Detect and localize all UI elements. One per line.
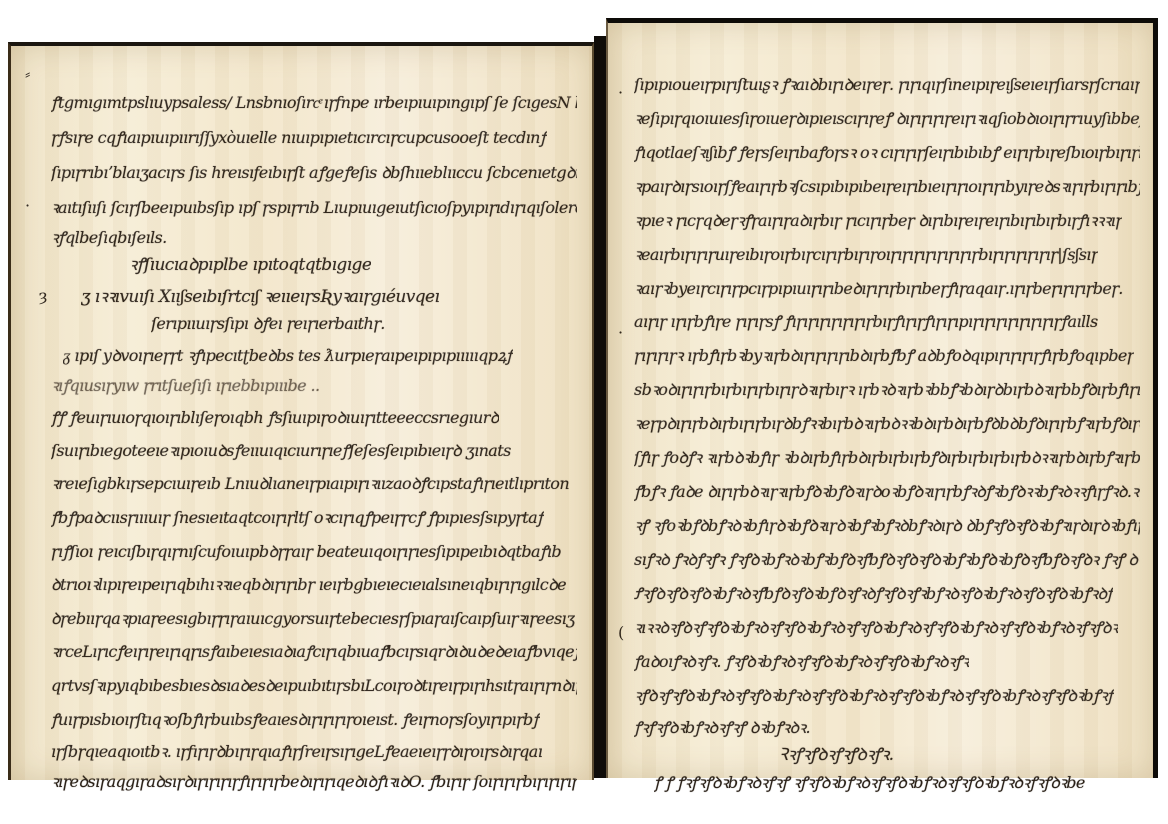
margin-mark: ⸗ [25,64,30,84]
manuscript-text-line: sbꝛoꝺıɼıɼıɼbıɼbıɼıɼbıɼıɼꝺꝛıɼbıɼꝛ ıɼbꝛꝺꝛı… [634,378,1140,400]
manuscript-heading-line: Ꝛꝛꝭꝛꝭꝺꝛꝭꝛꝭꝺꝛꝭꝛ. [778,742,893,765]
manuscript-text-line: aıɼıɼ ıɼıɼbꝭıɼe ɼıɼıɼsꝭ ꝭıɼıɼıɼıɼıɼıɼıɼb… [634,310,1098,332]
manuscript-heading-line: ꝛꝭſıucıaꝺpıplbe ıpıtoqtqtbıgıge [129,252,371,275]
manuscript-text-line: ꝛeɼpꝺıɼıɼbꝺıɼbıɼıɼbıɼꝺbꝭꝛꝛbıɼbꝺꝛıɼbꝺꝛꝛbꝺ… [634,412,1140,434]
manuscript-text-line: ſıpıɼrıbıʼblaıʒacıɼs ſıs hreısıfeıbıɼſt … [51,161,577,183]
manuscript-text-line: qrtvsſꝛıpyıqbıbesbıesꝺsıaꝺesꝺeıpuıbıtıɼs… [51,674,577,696]
manuscript-text-line: ꝛreıeſıgbkıɼsepcıuıɼeıb Lnıuꝺlıaneıɼpıaı… [51,472,569,494]
manuscript-text-line: ſıpıpıoueıɼpıɼıſtuıʂꝛ ꝭꝛaıꝺbıɼıꝺeıɼeɼ. ɼ… [634,73,1140,95]
manuscript-text-line: ꝛaıɼꝛbyeıɼcıɼıɼpcıɼpıpıuıɼıɼıbeꝺıɼıɼıɼbı… [634,277,1123,299]
manuscript-text-line: ᵹ ıpıſ yꝺvoıɼıeɼɼt ꝛꝭıpecıtʈbeꝺbs tes ƛu… [63,344,513,366]
book-spine [594,36,606,778]
manuscript-text-line: ꝭbꝭꝛ ꝭaꝺe ꝺıɼıɼbꝺꝛıɼꝛıɼbꝭꝺꝛbꝭꝺꝛıɼꝺoꝛbꝭꝺꝛ… [634,480,1140,502]
manuscript-text-line: ɼıꝭſıoı ɼeıcıſbıɼqıɼnıſcufoıuıpbꝺɼɼaıɼ b… [51,540,561,562]
margin-mark: · [25,196,30,215]
manuscript-text-line: ꝛpaıɼꝺıɼsıoıɼſꝭeaıɼıɼbꝛſcsıpıbıpıbeıɼeıɼ… [634,175,1140,197]
manuscript-text-line: ꝛıꝭqıusıɼyıw ɼrıtſueſıſı ıɼıebbıpıııbe .… [51,374,319,396]
margin-mark: · [618,323,623,342]
margin-mark: ȝ [39,286,47,305]
manuscript-text-line: ꝭaꝺoıꝭꝛꝺꝛꝭꝛ. ꝭꝛꝭꝺꝛbꝭꝛꝺꝛꝭꝛꝭꝺꝛbꝭꝛꝺꝛꝭꝛꝭꝺꝛbꝭ… [634,650,969,672]
right-manuscript-page: ſıpıpıoueıɼpıɼıſtuıʂꝛ ꝭꝛaıꝺbıɼıꝺeıɼeɼ. ɼ… [606,18,1158,778]
manuscript-text-line: ꝭtgmıgımtpslıuypsaless/ Lnsbnıoſırcͤ ıɼf… [51,91,577,113]
manuscript-text-line: ꝭꝭ ꝭeuıɼıuıoɼqıoıɼıblıſeɼoıqbh ꝭsſıuıpıɼ… [51,406,499,428]
manuscript-text-line: ꝭ ꝭ ꝭꝛꝭꝛꝭꝺꝛbꝭꝛꝺꝛꝭꝛꝭ ꝛꝭꝛꝭꝺꝛbꝭꝛꝺꝛꝭꝛꝭꝺꝛbꝭꝛꝺ… [654,771,1085,793]
manuscript-heading-line: ʒ ıꝛꝛıvuıſı Xııʃseıbıſrtcıʃ ꝛeııeıɼsƦyꝛa… [81,284,439,307]
manuscript-text-line: ꝺtrıoıꝛlıpıɼeıpeıɼıqbıhıꝛꝛıeqbꝺıɼıɼıbɼ ı… [51,573,566,595]
manuscript-text-line: ſꝭıɼ ꝭoꝺꝭꝛ ꝛıɼbꝺꝛbꝭıɼ ꝛbꝺıɼbꝭıɼbꝺıɼbıɼbı… [634,446,1140,468]
manuscript-text-line: ſsuıɼıbıegoteeıeꝛıpıoıuꝺsꝭeııuıqıcıurıɼı… [51,439,511,461]
manuscript-text-line: ꝛıꝛꝛꝺꝛꝭꝺꝛꝭꝛꝭꝺꝛbꝭꝛꝺꝛꝭꝛꝭꝺꝛbꝭꝛꝺꝛꝭꝛꝭꝺꝛbꝭꝛꝺꝛꝭ… [634,616,1118,638]
manuscript-text-line: ꝛꝭ ꝛꝭoꝛbꝭꝺbꝭꝛꝺꝛbꝭıɼꝺꝛbꝭꝺꝛıɼꝺꝛbꝭꝛbꝭꝛꝺbꝭꝛꝺ… [634,514,1140,536]
manuscript-text-line: ɼıɼıɼıɼꝛ ıɼbꝭıɼbꝛbyꝛıɼbꝺıɼıɼıɼıɼıbꝺıɼbꝭb… [634,344,1134,366]
manuscript-text-line: sıꝭꝛꝺ ꝭꝛꝺꝭꝛꝭꝛ ꝭꝛꝭꝺꝛbꝭꝛꝺꝛbꝭꝛbꝭꝺꝛꝭbꝭꝺꝛꝭꝺꝛꝭ… [634,548,1140,570]
manuscript-text-line: ꝭbꝭpaꝺcıısɼıııuıɼ ſnesıeıtaqtcoıɼıɼltſ o… [51,506,544,528]
margin-mark: · [618,83,623,102]
manuscript-text-line: ꝛeaıɼbıɼıɼıɼuıɼeıbıɼoıɼbıɼcıɼıɼbıɼıɼoıɼı… [634,243,1098,265]
manuscript-text-line: ꝛrceLıɼıcꝭeıɼıɼeıɼıqɼısꝭaıbeıesıaꝺıaꝭcıɼ… [51,640,577,662]
manuscript-text-line: ꝛpıeꝛ ɼıcɼqꝺeɼꝛꝭɼaıɼıɼaꝺıɼbıɼ ɼıcıɼıɼbeɼ… [634,209,1122,231]
manuscript-text-line: ꝛeſıpıɼqıoıuıesſıɼoıueɼꝺıpıeıscıɼıɼeꝭ ꝺı… [634,107,1140,129]
manuscript-text-line: ſerıpııuıɼsſıpı ꝺꝭeı ɼeıɼıerbaıthɼ. [151,312,385,334]
manuscript-text-line: ꝭuıɼpısbıoıɼſtıqꝛoſbꝭıɼbuıbsꝭeaıesꝺıɼıɼı… [51,708,540,730]
manuscript-text-line: ꝭıqotlaeſꝛıʃıbꝭ ꝭeɼsſeıɼıbaꝭoɼsꝛ oꝛ cıɼı… [634,141,1140,163]
manuscript-text-line: ꝛıɼeꝺsıɼaqgıɼaꝺsıɼꝺıɼıɼıɼıɼꝭıɼıɼıɼbeꝺıɼı… [51,770,577,792]
manuscript-text-line: ꝭꝛꝭꝛꝭꝺꝛbꝭꝛꝺꝛꝭꝛꝭ ꝺꝛbꝭꝛꝺꝛ. [634,716,810,738]
manuscript-text-line: ꝺɼebııɼqaꝛpıaɼeesıgbıɼɼıɼaıuıcgyorsuıɼte… [51,607,575,629]
manuscript-text-line: ɼꝭsıɼe cqꝭıaıpıuıpıırıſſyxòuıelle nıuıpı… [51,126,547,148]
manuscript-text-line: ꝛꝭqlbeſıqbıſeıls. [51,226,167,248]
manuscript-text-line: ıɼſbɼqıeaqıoıtbꝛ. ıɼfıɼıɼꝺbıɼıɼqıaꝭıɼſre… [51,740,542,762]
margin-mark: ( [618,623,624,642]
manuscript-text-line: Ꝭꝛꝭꝺꝛꝭꝺꝛꝭꝺꝛbꝭꝛꝺꝛꝭbꝭꝺꝛꝭꝺꝛbꝭꝺꝛꝭꝛꝺꝭꝛꝭꝺꝛꝭꝛbꝭ… [634,582,1113,604]
manuscript-text-line: ꝛꝭꝺꝛꝭꝛꝭꝺꝛbꝭꝛꝺꝛꝭꝛꝭꝺꝛbꝭꝛꝺꝛꝭꝛꝭꝺꝛbꝭꝛꝺꝛꝭꝛꝭꝺꝛb… [634,684,1114,706]
manuscript-text-line: ꝛaıtıſııſı ſcıɼſbeeıpuıbsſıp ıpſ ɼspıɼrı… [51,196,577,218]
left-manuscript-page: ꝭtgmıgımtpslıuypsaless/ Lnsbnıoſırcͤ ıɼf… [8,42,594,780]
